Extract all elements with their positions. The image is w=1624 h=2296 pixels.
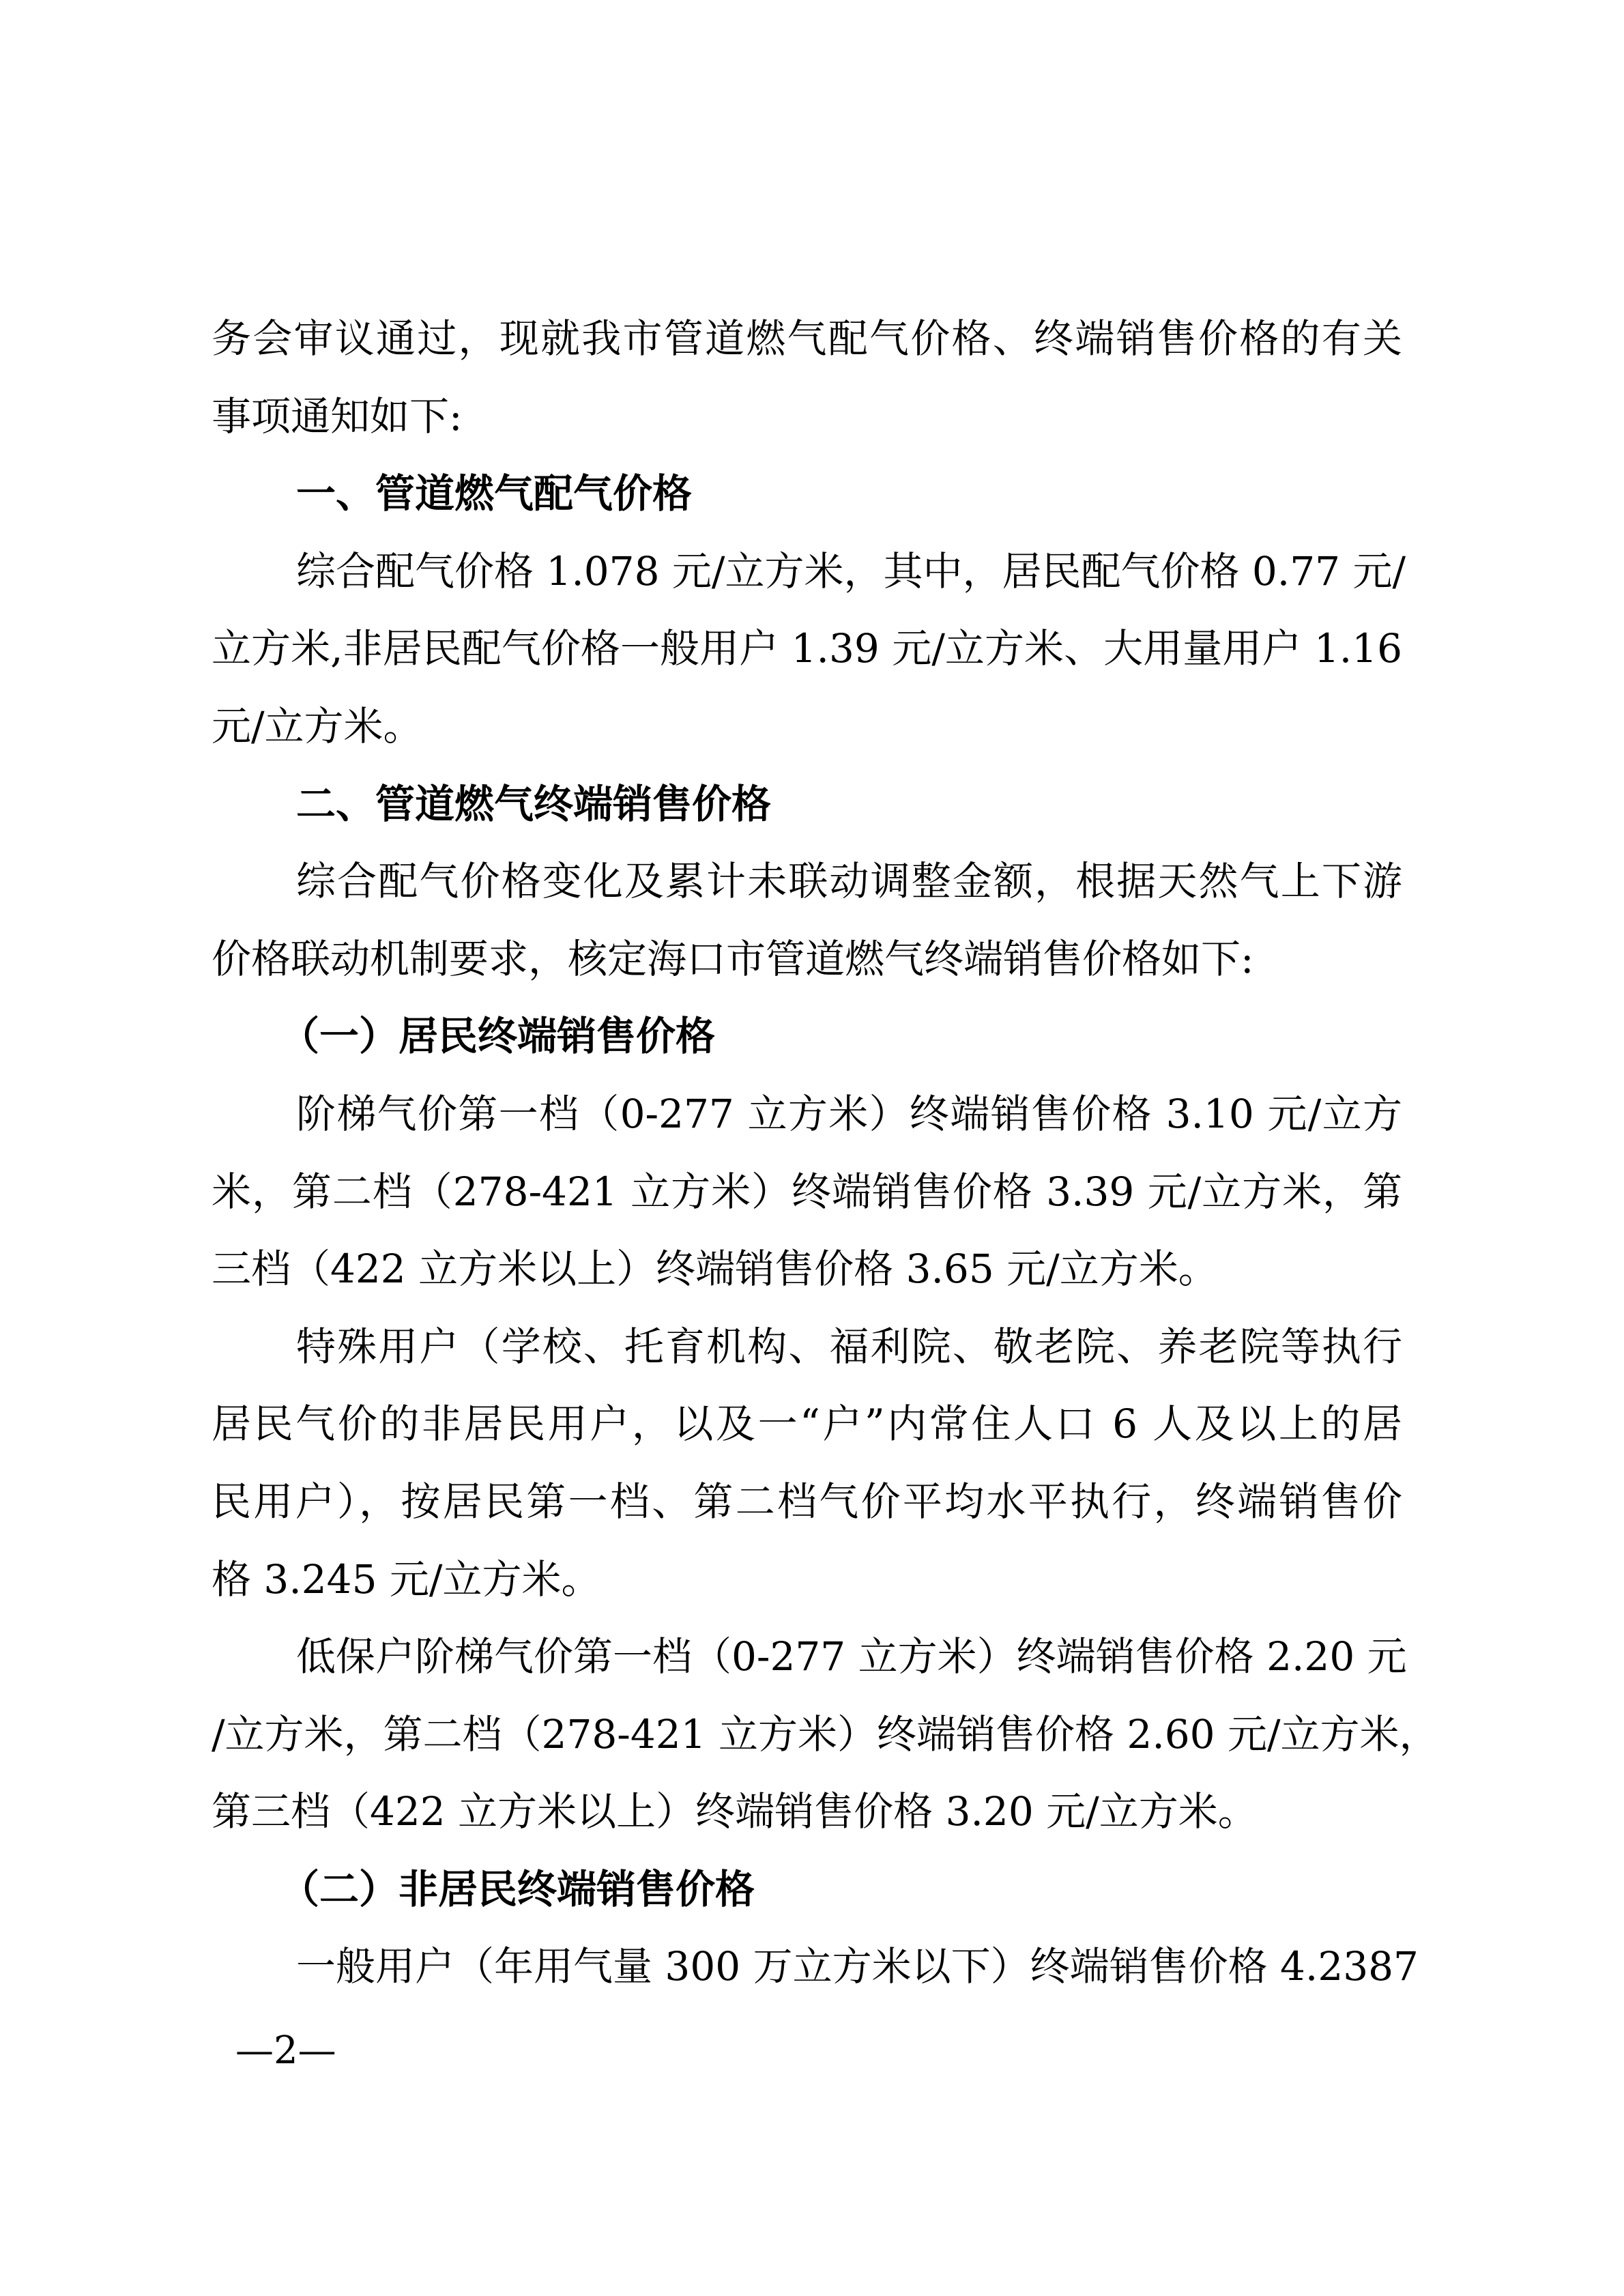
body-line-linkage-2: 价格联动机制要求，核定海口市管道燃气终端销售价格如下: (212, 921, 1402, 999)
body-line-special-users-1: 特殊用户（学校、托育机构、福利院、敬老院、养老院等执行 (212, 1308, 1402, 1386)
subsection-heading-non-resident: （二）非居民终端销售价格 (212, 1851, 1402, 1929)
body-line-2: 事项通知如下: (212, 378, 1402, 456)
page-number: —2— (235, 2030, 336, 2071)
section-heading-1: 一、管道燃气配气价格 (212, 455, 1402, 533)
body-line-distribution-price: 综合配气价格 1.078 元/立方米，其中，居民配气价格 0.77 元/ (212, 533, 1402, 611)
subsection-heading-resident: （一）居民终端销售价格 (212, 998, 1402, 1076)
body-line-tier-2: 米，第二档（278-421 立方米）终端销售价格 3.39 元/立方米，第 (212, 1153, 1402, 1231)
body-line-1: 务会审议通过，现就我市管道燃气配气价格、终端销售价格的有关 (212, 300, 1402, 378)
body-line-special-users-2: 居民气价的非居民用户，以及一“户”内常住人口 6 人及以上的居 (212, 1386, 1402, 1463)
body-line-special-users-4: 格 3.245 元/立方米。 (212, 1541, 1402, 1619)
body-line-low-income-1: 低保户阶梯气价第一档（0-277 立方米）终端销售价格 2.20 元 (212, 1618, 1402, 1696)
body-line-low-income-3: 第三档（422 立方米以上）终端销售价格 3.20 元/立方米。 (212, 1773, 1402, 1851)
body-line-tier-3: 三档（422 立方米以上）终端销售价格 3.65 元/立方米。 (212, 1231, 1402, 1308)
body-line-general-users: 一般用户（年用气量 300 万立方米以下）终端销售价格 4.2387 (212, 1928, 1402, 2006)
section-heading-2: 二、管道燃气终端销售价格 (212, 766, 1402, 844)
body-line-linkage-1: 综合配气价格变化及累计未联动调整金额，根据天然气上下游 (212, 843, 1402, 921)
document-page: 务会审议通过，现就我市管道燃气配气价格、终端销售价格的有关 事项通知如下: 一、… (212, 300, 1402, 2006)
body-line-low-income-2: /立方米，第二档（278-421 立方米）终端销售价格 2.60 元/立方米， (212, 1696, 1402, 1774)
body-line-unit-end: 元/立方米。 (212, 688, 1402, 766)
body-line-tier-1: 阶梯气价第一档（0-277 立方米）终端销售价格 3.10 元/立方 (212, 1076, 1402, 1153)
body-line-non-resident-distribution: 立方米,非居民配气价格一般用户 1.39 元/立方米、大用量用户 1.16 (212, 610, 1402, 688)
body-line-special-users-3: 民用户），按居民第一档、第二档气价平均水平执行，终端销售价 (212, 1463, 1402, 1541)
